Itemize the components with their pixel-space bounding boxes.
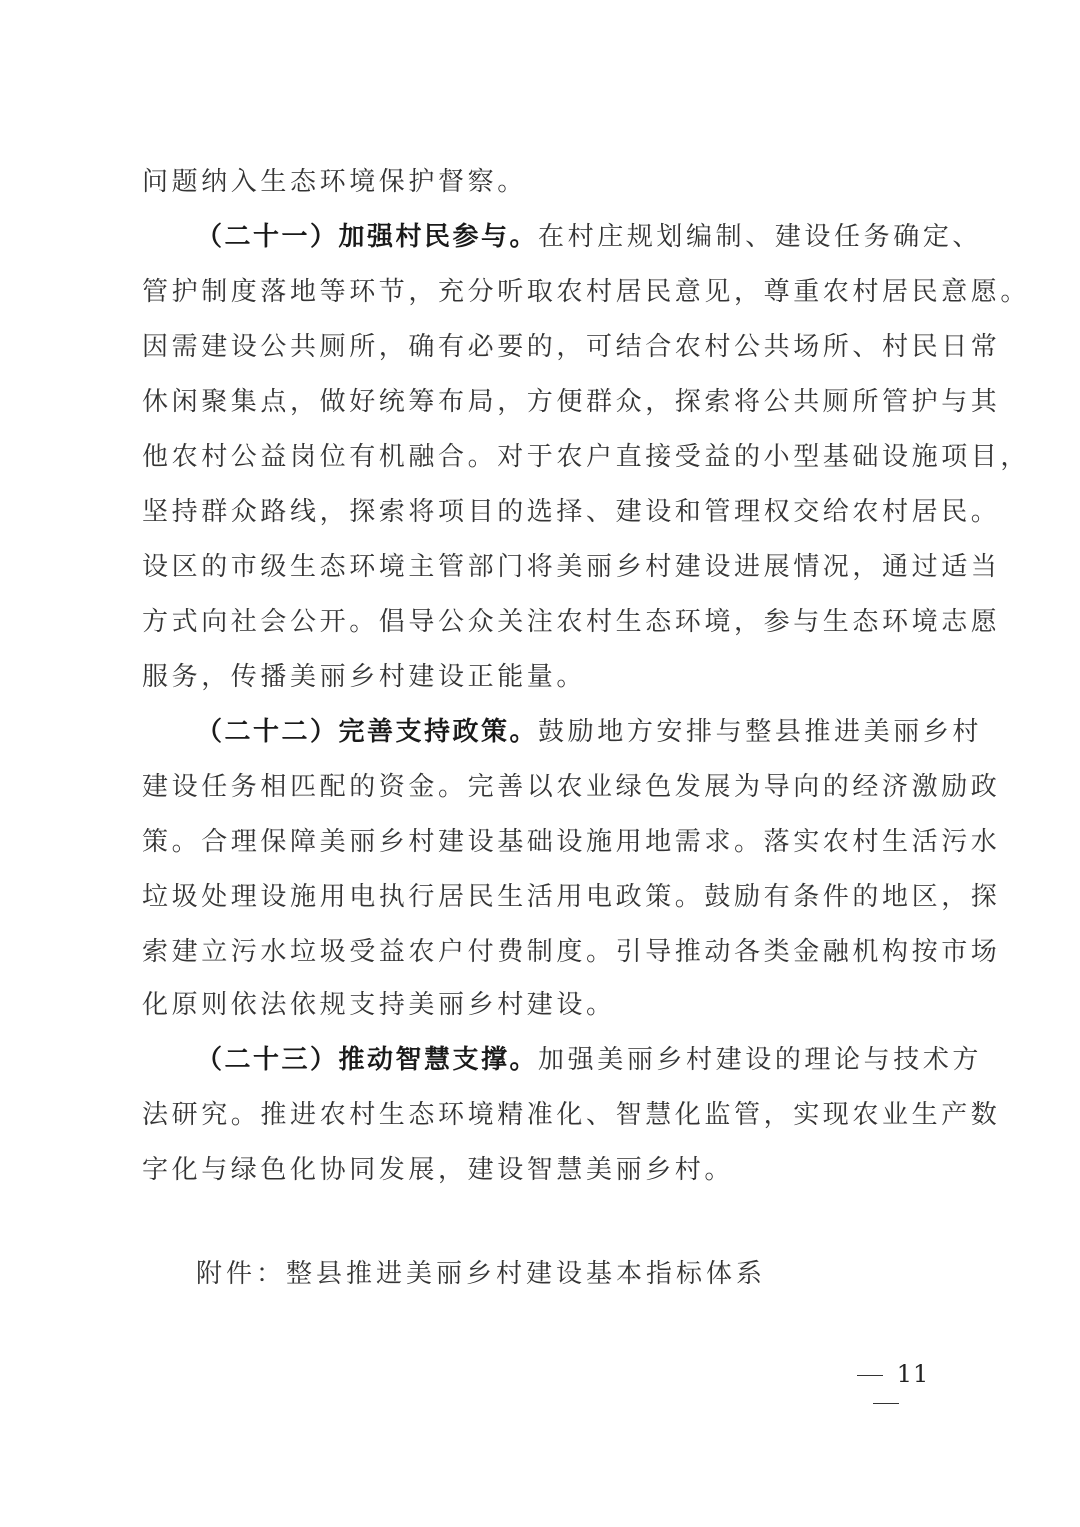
paragraph-line: 他农村公益岗位有机融合。对于农户直接受益的小型基础设施项目， <box>142 440 942 474</box>
section-21-first-line: （二十一）加强村民参与。在村庄规划编制、建设任务确定、 <box>196 220 996 254</box>
dash-right <box>873 1403 899 1405</box>
paragraph-line: 字化与绿色化协同发展，建设智慧美丽乡村。 <box>142 1153 942 1187</box>
dash-left <box>857 1375 883 1377</box>
paragraph-line: 问题纳入生态环境保护督察。 <box>142 165 942 199</box>
section-heading: （二十一）加强村民参与。 <box>196 222 538 252</box>
page-number: 11 <box>826 1360 946 1416</box>
section-22-first-line: （二十二）完善支持政策。鼓励地方安排与整县推进美丽乡村 <box>196 715 996 749</box>
paragraph-line: 垃圾处理设施用电执行居民生活用电政策。鼓励有条件的地区，探 <box>142 880 942 914</box>
paragraph-line: 法研究。推进农村生态环境精准化、智慧化监管，实现农业生产数 <box>142 1098 942 1132</box>
section-heading: （二十三）推动智慧支撑。 <box>196 1045 538 1075</box>
section-23-first-line: （二十三）推动智慧支撑。加强美丽乡村建设的理论与技术方 <box>196 1043 996 1077</box>
paragraph-line: 索建立污水垃圾受益农户付费制度。引导推动各类金融机构按市场 <box>142 935 942 969</box>
paragraph-line: 建设任务相匹配的资金。完善以农业绿色发展为导向的经济激励政 <box>142 770 942 804</box>
paragraph-text: 加强美丽乡村建设的理论与技术方 <box>538 1045 982 1075</box>
document-page: 问题纳入生态环境保护督察。 （二十一）加强村民参与。在村庄规划编制、建设任务确定… <box>0 0 1080 1527</box>
page-number-value: 11 <box>897 1360 930 1388</box>
paragraph-line: 休闲聚集点，做好统筹布局，方便群众，探索将公共厕所管护与其 <box>142 385 942 419</box>
paragraph-line: 化原则依法依规支持美丽乡村建设。 <box>142 988 942 1022</box>
paragraph-line: 管护制度落地等环节，充分听取农村居民意见，尊重农村居民意愿。 <box>142 275 942 309</box>
attachment-note: 附件：整县推进美丽乡村建设基本指标体系 <box>196 1257 996 1291</box>
paragraph-text: 在村庄规划编制、建设任务确定、 <box>538 222 982 252</box>
section-heading: （二十二）完善支持政策。 <box>196 717 538 747</box>
paragraph-line: 方式向社会公开。倡导公众关注农村生态环境，参与生态环境志愿 <box>142 605 942 639</box>
paragraph-line: 服务，传播美丽乡村建设正能量。 <box>142 660 942 694</box>
paragraph-line: 坚持群众路线，探索将项目的选择、建设和管理权交给农村居民。 <box>142 495 942 529</box>
paragraph-line: 因需建设公共厕所，确有必要的，可结合农村公共场所、村民日常 <box>142 330 942 364</box>
paragraph-line: 策。合理保障美丽乡村建设基础设施用地需求。落实农村生活污水 <box>142 825 942 859</box>
paragraph-line: 设区的市级生态环境主管部门将美丽乡村建设进展情况，通过适当 <box>142 550 942 584</box>
paragraph-text: 鼓励地方安排与整县推进美丽乡村 <box>538 717 982 747</box>
